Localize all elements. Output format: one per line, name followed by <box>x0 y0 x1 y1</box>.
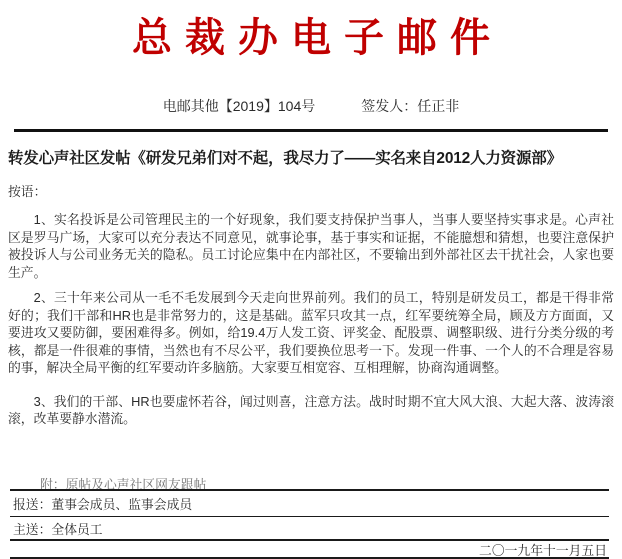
memo-meta-row: 电邮其他【2019】104号 签发人：任正非 <box>0 96 622 116</box>
paragraph-2: 2、三十年来公司从一毛不毛发展到今天走向世界前列。我们的员工，特别是研发员工，都… <box>8 289 614 377</box>
footer-routing-table: 报送：董事会成员、监事会成员 主送：全体员工 二〇一九年十一月五日 <box>10 489 609 559</box>
memo-subject: 转发心声社区发帖《研发兄弟们对不起，我尽力了——实名来自2012人力资源部》 <box>8 146 614 168</box>
memo-title: 总裁办电子邮件 <box>0 6 622 63</box>
paragraph-1: 1、实名投诉是公司管理民主的一个好现象，我们要支持保护当事人，当事人要坚持实事求… <box>8 211 614 281</box>
paragraph-3: 3、我们的干部、HR也要虚怀若谷，闻过则喜，注意方法。战时时期不宜大风大浪、大起… <box>8 393 614 428</box>
date-row: 二〇一九年十一月五日 <box>10 541 609 557</box>
signer: 签发人：任正非 <box>361 96 459 116</box>
report-to-row: 报送：董事会成员、监事会成员 <box>10 491 609 517</box>
send-to-row: 主送：全体员工 <box>10 517 609 541</box>
doc-number: 电邮其他【2019】104号 <box>163 96 316 116</box>
header-divider <box>14 129 608 132</box>
preface-label: 按语： <box>8 181 614 200</box>
send-to-text: 主送：全体员工 <box>13 519 103 538</box>
issue-date: 二〇一九年十一月五日 <box>479 540 607 559</box>
report-to-text: 报送：董事会成员、监事会成员 <box>13 494 192 513</box>
memo-document: 总裁办电子邮件 电邮其他【2019】104号 签发人：任正非 转发心声社区发帖《… <box>0 0 622 559</box>
